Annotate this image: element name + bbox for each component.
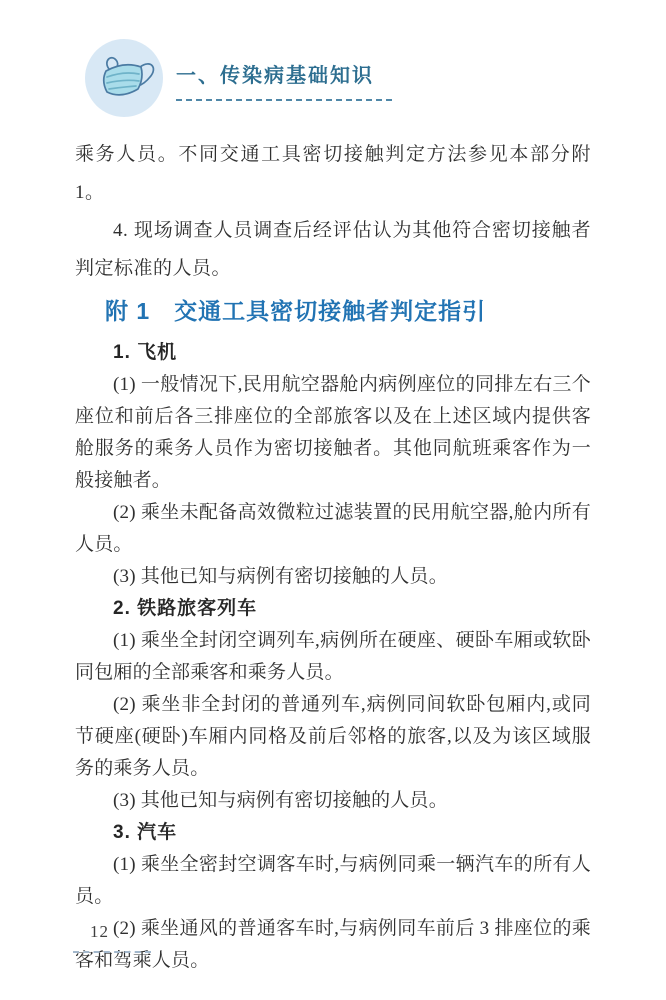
chapter-title: 一、传染病基础知识	[176, 64, 392, 88]
intro-paragraphs: 乘务人员。不同交通工具密切接触判定方法参见本部分附 1。 4. 现场调查人员调查…	[75, 136, 591, 288]
section-heading: 1. 飞机	[75, 337, 591, 369]
section-aircraft: 1. 飞机 (1) 一般情况下,民用航空器舱内病例座位的同排左右三个座位和前后各…	[75, 337, 591, 593]
page-number-dashed-line	[73, 951, 151, 953]
chapter-title-dashed-underline	[176, 99, 392, 101]
body-paragraph: 4. 现场调查人员调查后经评估认为其他符合密切接触者判定标准的人员。	[75, 212, 591, 288]
body-paragraph: (1) 乘坐全密封空调客车时,与病例同乘一辆汽车的所有人员。	[75, 849, 591, 913]
appendix-title: 附 1 交通工具密切接触者判定指引	[75, 295, 591, 327]
body-paragraph: (2) 乘坐通风的普通客车时,与病例同车前后 3 排座位的乘客和驾乘人员。	[75, 913, 591, 977]
body-paragraph: (3) 其他已知与病例有密切接触的人员。	[75, 561, 591, 593]
body-paragraph: (3) 其他已知与病例有密切接触的人员。	[75, 785, 591, 817]
chapter-header-text: 一、传染病基础知识	[176, 38, 392, 101]
page-header: 一、传染病基础知识	[84, 38, 392, 118]
section-heading: 3. 汽车	[75, 817, 591, 849]
body-paragraph: (1) 一般情况下,民用航空器舱内病例座位的同排左右三个座位和前后各三排座位的全…	[75, 369, 591, 497]
face-mask-icon	[84, 38, 164, 118]
section-heading: 2. 铁路旅客列车	[75, 593, 591, 625]
section-automobile: 3. 汽车 (1) 乘坐全密封空调客车时,与病例同乘一辆汽车的所有人员。 (2)…	[75, 817, 591, 977]
page-body: 乘务人员。不同交通工具密切接触判定方法参见本部分附 1。 4. 现场调查人员调查…	[75, 136, 591, 977]
body-paragraph: (2) 乘坐非全封闭的普通列车,病例同间软卧包厢内,或同节硬座(硬卧)车厢内同格…	[75, 689, 591, 785]
page-number: 12	[90, 922, 109, 942]
body-paragraph: 乘务人员。不同交通工具密切接触判定方法参见本部分附 1。	[75, 136, 591, 212]
body-paragraph: (2) 乘坐未配备高效微粒过滤装置的民用航空器,舱内所有人员。	[75, 497, 591, 561]
body-paragraph: (1) 乘坐全封闭空调列车,病例所在硬座、硬卧车厢或软卧同包厢的全部乘客和乘务人…	[75, 625, 591, 689]
section-railway: 2. 铁路旅客列车 (1) 乘坐全封闭空调列车,病例所在硬座、硬卧车厢或软卧同包…	[75, 593, 591, 817]
